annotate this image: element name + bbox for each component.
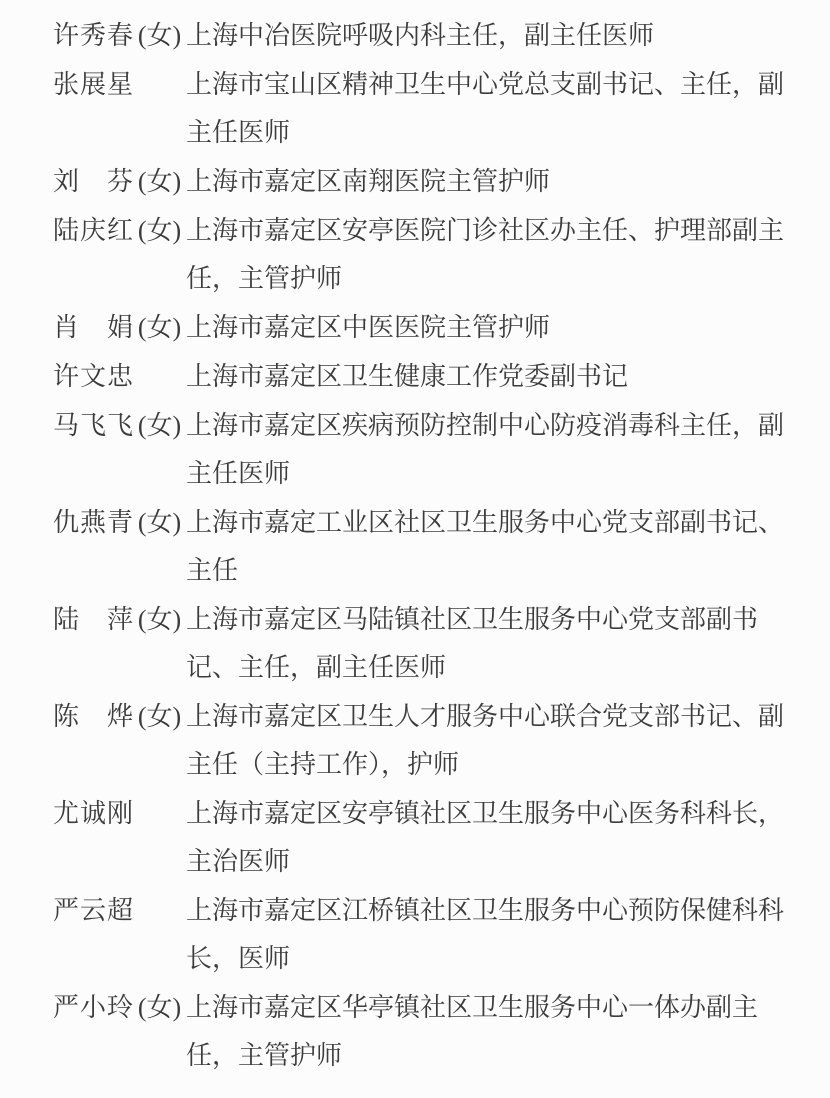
gender-marker: (女): [133, 693, 186, 741]
person-name: 张展星: [53, 61, 133, 109]
position-description: 上海市嘉定区南翔医院主管护师: [186, 158, 786, 206]
position-description: 上海市嘉定区江桥镇社区卫生服务中心预防保健科科长，医师: [186, 887, 786, 983]
gender-marker: (女): [133, 304, 186, 352]
position-description: 上海市嘉定区马陆镇社区卫生服务中心党支部副书记、主任，副主任医师: [186, 596, 786, 692]
person-name: 严小玲: [53, 984, 133, 1032]
roster-entry: 刘芬 (女) 上海市嘉定区南翔医院主管护师: [0, 158, 830, 206]
person-name: 仇燕青: [53, 499, 133, 547]
roster-entry: 严云超 上海市嘉定区江桥镇社区卫生服务中心预防保健科科长，医师: [0, 887, 830, 983]
position-description: 上海市嘉定区安亭医院门诊社区办主任、护理部副主任，主管护师: [186, 207, 786, 303]
person-name: 陈烨: [53, 693, 133, 741]
roster-entry: 尤诚刚 上海市嘉定区安亭镇社区卫生服务中心医务科科长，主治医师: [0, 790, 830, 886]
position-description: 上海市嘉定区卫生健康工作党委副书记: [186, 353, 786, 401]
position-description: 上海市嘉定工业区社区卫生服务中心党支部副书记、主任: [186, 499, 786, 595]
roster-entry: 陈烨 (女) 上海市嘉定区卫生人才服务中心联合党支部书记、副主任（主持工作），护…: [0, 693, 830, 789]
person-name: 刘芬: [53, 158, 133, 206]
person-name: 陆萍: [53, 596, 133, 644]
person-name: 尤诚刚: [53, 790, 133, 838]
gender-marker: (女): [133, 207, 186, 255]
person-name: 肖娟: [53, 304, 133, 352]
gender-marker: (女): [133, 596, 186, 644]
gender-marker: (女): [133, 12, 186, 60]
roster-entry: 陆萍 (女) 上海市嘉定区马陆镇社区卫生服务中心党支部副书记、主任，副主任医师: [0, 596, 830, 692]
roster-entry: 严小玲 (女) 上海市嘉定区华亭镇社区卫生服务中心一体办副主任，主管护师: [0, 984, 830, 1080]
position-description: 上海市嘉定区华亭镇社区卫生服务中心一体办副主任，主管护师: [186, 984, 786, 1080]
roster-entry: 仇燕青 (女) 上海市嘉定工业区社区卫生服务中心党支部副书记、主任: [0, 499, 830, 595]
roster-entry: 许文忠 上海市嘉定区卫生健康工作党委副书记: [0, 353, 830, 401]
person-name: 许文忠: [53, 353, 133, 401]
roster-entry: 陆庆红 (女) 上海市嘉定区安亭医院门诊社区办主任、护理部副主任，主管护师: [0, 207, 830, 303]
person-name: 马飞飞: [53, 402, 133, 450]
position-description: 上海市嘉定区中医医院主管护师: [186, 304, 786, 352]
roster-entry: 张展星 上海市宝山区精神卫生中心党总支副书记、主任，副主任医师: [0, 61, 830, 157]
position-description: 上海市宝山区精神卫生中心党总支副书记、主任，副主任医师: [186, 61, 786, 157]
gender-marker: (女): [133, 984, 186, 1032]
gender-marker: (女): [133, 402, 186, 450]
position-description: 上海中冶医院呼吸内科主任，副主任医师: [186, 12, 786, 60]
position-description: 上海市嘉定区安亭镇社区卫生服务中心医务科科长，主治医师: [186, 790, 786, 886]
document-page: 许秀春 (女) 上海中冶医院呼吸内科主任，副主任医师 张展星 上海市宝山区精神卫…: [0, 0, 830, 1098]
position-description: 上海市嘉定区卫生人才服务中心联合党支部书记、副主任（主持工作），护师: [186, 693, 786, 789]
roster-entry: 肖娟 (女) 上海市嘉定区中医医院主管护师: [0, 304, 830, 352]
roster-entry: 许秀春 (女) 上海中冶医院呼吸内科主任，副主任医师: [0, 12, 830, 60]
person-name: 严云超: [53, 887, 133, 935]
roster-entry: 马飞飞 (女) 上海市嘉定区疾病预防控制中心防疫消毒科主任，副主任医师: [0, 402, 830, 498]
gender-marker: (女): [133, 158, 186, 206]
person-name: 陆庆红: [53, 207, 133, 255]
roster-list: 许秀春 (女) 上海中冶医院呼吸内科主任，副主任医师 张展星 上海市宝山区精神卫…: [0, 12, 830, 1080]
person-name: 许秀春: [53, 12, 133, 60]
position-description: 上海市嘉定区疾病预防控制中心防疫消毒科主任，副主任医师: [186, 402, 786, 498]
gender-marker: (女): [133, 499, 186, 547]
